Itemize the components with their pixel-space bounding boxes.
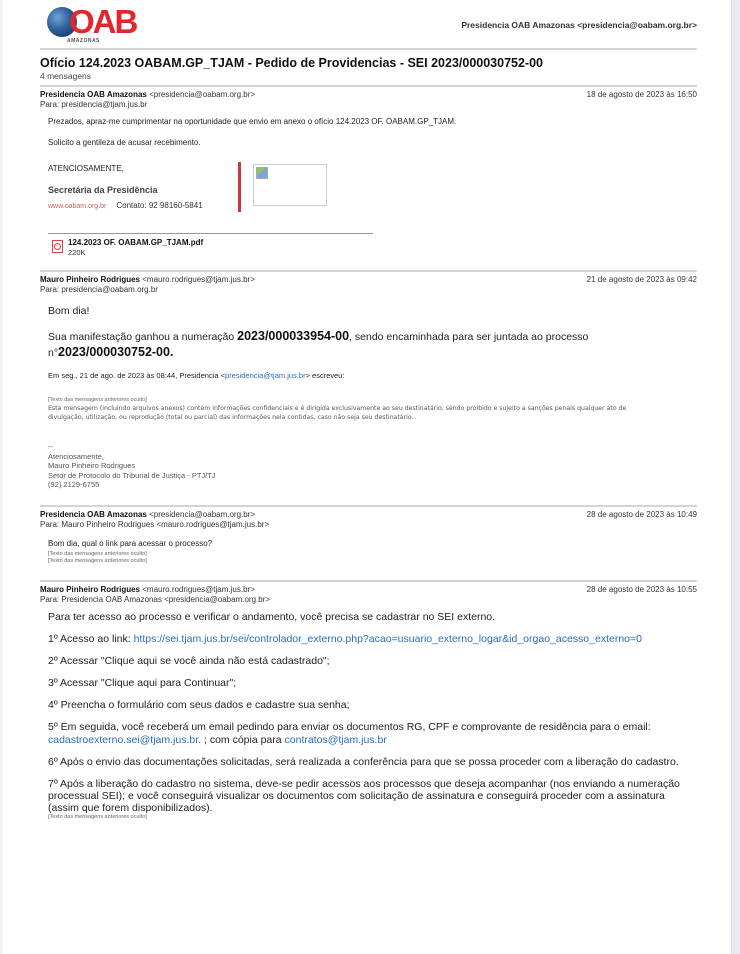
signature: -- Atenciosamente, Mauro Pinheiro Rodrig… (48, 442, 697, 490)
message-date: 28 de agosto de 2023 às 10:55 (587, 585, 697, 595)
contratos-email-link[interactable]: contratos@tjam.jus.br (285, 734, 387, 746)
body-paragraph: Solicito a gentileza de acusar recebimen… (48, 138, 697, 148)
recipient: Para: Mauro Pinheiro Rodrigues <mauro.ro… (40, 520, 269, 529)
greeting: Bom dia! (48, 305, 697, 318)
signature-dash: -- (48, 442, 697, 452)
sender-email[interactable]: <mauro.rodrigues@tjam.jus.br> (142, 275, 255, 284)
body-paragraph: Prezados, apraz-me cumprimentar na oport… (48, 117, 697, 127)
sender-name: Presidencia OAB Amazonas (40, 90, 147, 99)
thread-header: Ofício 124.2023 OABAM.GP_TJAM - Pedido d… (40, 50, 697, 85)
logo-text: OAB (69, 4, 136, 40)
manifestation-number: 2023/000033954-00 (237, 329, 349, 343)
signature-divider (238, 162, 241, 212)
message-2: Mauro Pinheiro Rodrigues <mauro.rodrigue… (40, 272, 697, 505)
message-header: Presidencia OAB Amazonas <presidencia@oa… (40, 87, 697, 110)
broken-image-icon (256, 167, 268, 179)
message-header: Mauro Pinheiro Rodrigues <mauro.rodrigue… (40, 582, 697, 605)
sender-email[interactable]: <mauro.rodrigues@tjam.jus.br> (142, 585, 255, 594)
quote-email-link[interactable]: presidencia@tjam.jus.br (225, 371, 306, 380)
step-2: 2º Acessar "Clique aqui se você ainda nã… (48, 655, 697, 668)
attachment[interactable]: 124.2023 OF. OABAM.GP_TJAM.pdf 220K (40, 234, 697, 262)
pdf-icon (52, 240, 63, 253)
sender-name: Mauro Pinheiro Rodrigues (40, 275, 140, 284)
oab-logo: OAB AMAZONAS (45, 4, 123, 44)
quoted-block: [Texto das mensagens anteriores oculto] … (48, 397, 697, 422)
message-body: Bom dia! Sua manifestação ganhou a numer… (40, 295, 697, 490)
signature-line: (92) 2129-6755 (48, 480, 697, 490)
step-text: 5º Em seguida, você receberá um email pe… (48, 721, 651, 733)
hidden-text-toggle[interactable]: [Texto das mensagens anteriores oculto] (48, 814, 697, 821)
hidden-text-toggle[interactable]: [Texto das mensagens anteriores oculto] (48, 397, 697, 404)
signature: ATENCIOSAMENTE, Secretária da Presidênci… (48, 161, 697, 221)
signature-contact: Contato: 92 98160-5841 (116, 201, 202, 210)
signature-name: Secretária da Presidência (48, 185, 203, 195)
text-fragment: Sua manifestação ganhou a numeração (48, 331, 237, 343)
step-6: 6º Após o envio das documentações solici… (48, 756, 697, 769)
step-text: ; com cópia para (201, 734, 284, 746)
process-number: 2023/000030752-00. (58, 345, 173, 359)
sender-email[interactable]: <presidencia@oabam.org.br> (149, 90, 255, 99)
text-fragment: n° (48, 347, 58, 359)
broken-image (253, 164, 327, 206)
email-print-page: OAB AMAZONAS Presidencia OAB Amazonas <p… (40, 0, 697, 821)
signature-url[interactable]: www.oabam.org.br (48, 203, 106, 210)
signature-text: ATENCIOSAMENTE, Secretária da Presidênci… (48, 161, 203, 213)
signature-line: Atenciosamente, (48, 452, 697, 462)
step-4: 4º Preencha o formulário com seus dados … (48, 699, 697, 712)
intro-paragraph: Para ter acesso ao processo e verificar … (48, 611, 697, 624)
thread-subject: Ofício 124.2023 OABAM.GP_TJAM - Pedido d… (40, 56, 697, 71)
disclaimer-line: divulgação, utilização, ou reprodução (t… (48, 413, 697, 422)
message-header: Mauro Pinheiro Rodrigues <mauro.rodrigue… (40, 272, 697, 295)
message-4: Mauro Pinheiro Rodrigues <mauro.rodrigue… (40, 582, 697, 821)
recipient: Para: Presidencia OAB Amazonas <presiden… (40, 595, 270, 604)
message-date: 28 de agosto de 2023 às 10:49 (587, 510, 697, 520)
step-1: 1º Acesso ao link: https://sei.tjam.jus.… (48, 633, 697, 646)
message-3: Presidencia OAB Amazonas <presidencia@oa… (40, 507, 697, 580)
message-body: Para ter acesso ao processo e verificar … (40, 605, 697, 821)
logo-subtext: AMAZONAS (67, 38, 100, 44)
page-left-edge (0, 0, 3, 954)
text-fragment: Em seg., 21 de ago. de 2023 às 08:44, Pr… (48, 371, 225, 380)
message-1: Presidencia OAB Amazonas <presidencia@oa… (40, 87, 697, 270)
step-3: 3º Acessar "Clique aqui para Continuar"; (48, 677, 697, 690)
body-paragraph: Sua manifestação ganhou a numeração 2023… (48, 329, 697, 361)
text-fragment: , sendo encaminhada para ser juntada ao … (349, 331, 588, 343)
cadastro-email-link[interactable]: cadastroexterno.sei@tjam.jus.br. (48, 734, 201, 746)
recipient: Para: presidencia@oabam.org.br (40, 285, 158, 294)
message-body: Prezados, apraz-me cumprimentar na oport… (40, 110, 697, 221)
text-fragment: > escreveu: (306, 371, 345, 380)
message-date: 18 de agosto de 2023 às 16:50 (587, 90, 697, 100)
step-label: 1º Acesso ao link: (48, 633, 134, 645)
attachment-size: 220K (68, 248, 697, 257)
account-label: Presidencia OAB Amazonas <presidencia@oa… (461, 20, 697, 30)
attachment-name[interactable]: 124.2023 OF. OABAM.GP_TJAM.pdf (68, 238, 697, 248)
page-header: OAB AMAZONAS Presidencia OAB Amazonas <p… (40, 0, 697, 48)
disclaimer-line: Esta mensagem (incluindo arquivos anexos… (48, 404, 697, 413)
step-7: 7º Após a liberação do cadastro no siste… (48, 778, 697, 814)
body-paragraph: Bom dia, qual o link para acessar o proc… (48, 539, 697, 549)
message-body: Bom dia, qual o link para acessar o proc… (40, 530, 697, 565)
signature-line: Setor de Protocolo do Tribunal de Justiç… (48, 471, 697, 481)
sender-name: Mauro Pinheiro Rodrigues (40, 585, 140, 594)
message-header: Presidencia OAB Amazonas <presidencia@oa… (40, 507, 697, 530)
step-5: 5º Em seguida, você receberá um email pe… (48, 721, 697, 747)
message-date: 21 de agosto de 2023 às 09:42 (587, 275, 697, 285)
hidden-text-toggle[interactable]: [Texto das mensagens anteriores oculto] (48, 558, 697, 565)
quote-attribution: Em seg., 21 de ago. de 2023 às 08:44, Pr… (48, 371, 697, 381)
closing: ATENCIOSAMENTE, (48, 164, 203, 174)
recipient: Para: presidencia@tjam.jus.br (40, 100, 147, 109)
sender-email[interactable]: <presidencia@oabam.org.br> (149, 510, 255, 519)
hidden-text-toggle[interactable]: [Texto das mensagens anteriores oculto] (48, 551, 697, 558)
sender-name: Presidencia OAB Amazonas (40, 510, 147, 519)
scrollbar[interactable] (731, 0, 740, 954)
signature-line: Mauro Pinheiro Rodrigues (48, 461, 697, 471)
message-count: 4 mensagens (40, 71, 697, 81)
sei-link[interactable]: https://sei.tjam.jus.br/sei/controlador_… (134, 633, 642, 645)
